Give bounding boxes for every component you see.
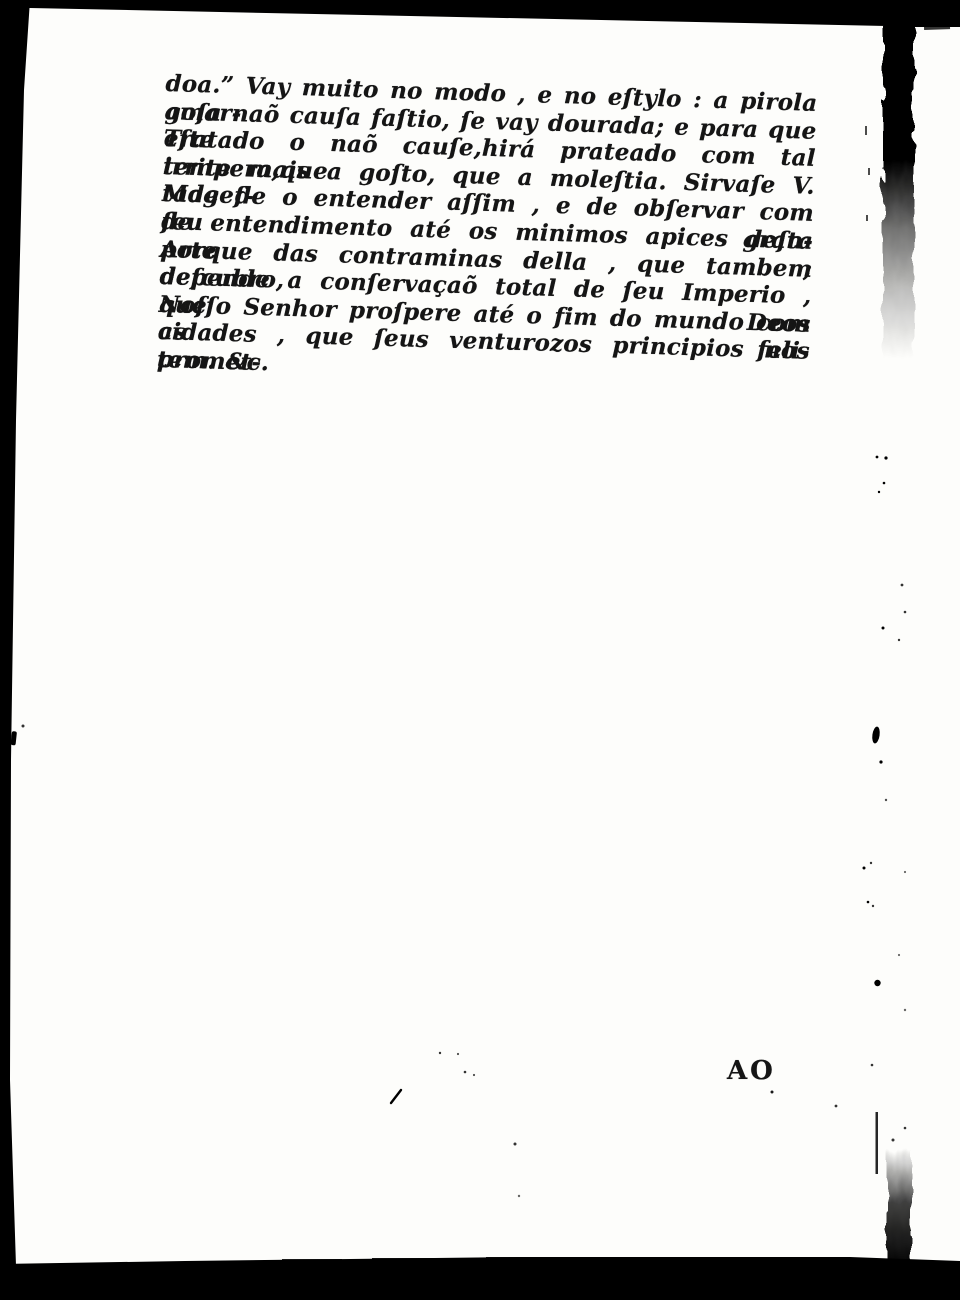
body-text-block: doa.” Vay muito no modo , e no eſtylo : … [157, 70, 818, 393]
right-gutter-texture [876, 0, 960, 1268]
catchword: AO [727, 1056, 776, 1086]
scanned-book-page: doa.” Vay muito no modo , e no eſtylo : … [0, 0, 960, 1300]
